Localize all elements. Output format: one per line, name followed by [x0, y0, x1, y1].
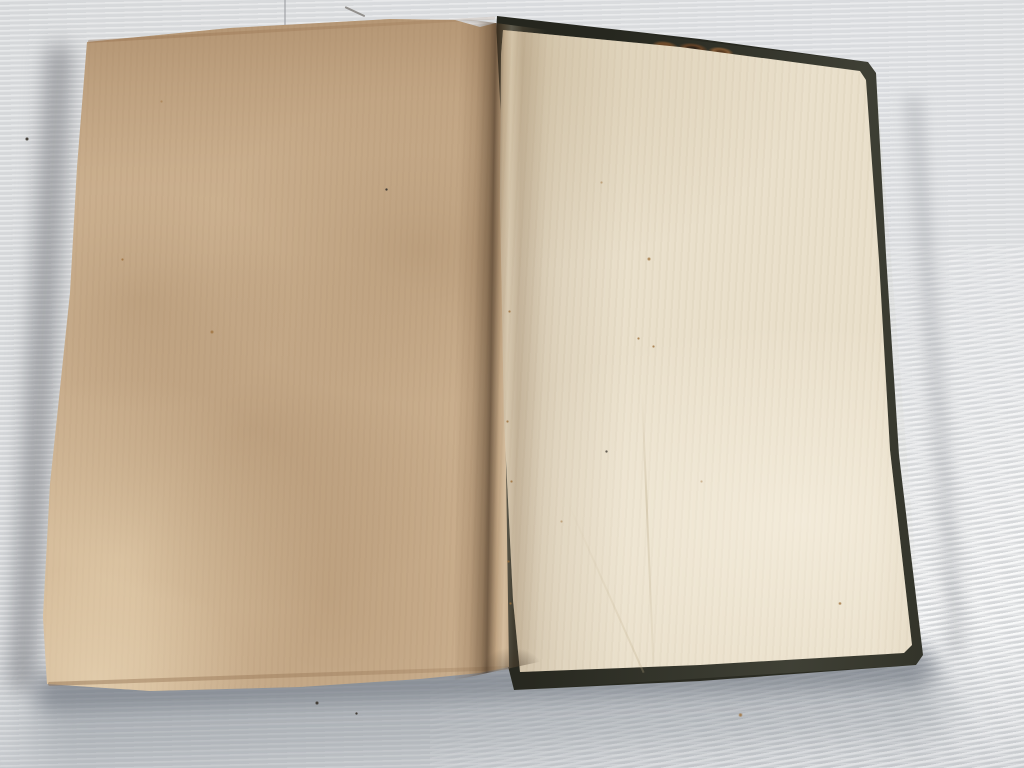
foxing-spot [637, 337, 640, 340]
dust-speck [355, 712, 358, 715]
foxing-spot [652, 345, 655, 348]
page-speck [385, 188, 388, 191]
foxing-spot [560, 520, 563, 523]
foxing-spot [121, 258, 124, 261]
foxing-spot [838, 602, 842, 605]
gutter-foxing [509, 602, 512, 605]
dust-speck [315, 701, 319, 705]
foxing-spot [600, 181, 603, 184]
page-speck [605, 450, 608, 453]
gutter-foxing [510, 480, 513, 483]
gutter-foxing [506, 420, 509, 423]
foxing-spot [210, 330, 214, 334]
dust-speck [25, 137, 29, 141]
debris-crumb [738, 713, 743, 717]
gutter-foxing [508, 310, 511, 313]
open-book-photo: Photograph of an open vintage hardcover … [0, 0, 1024, 768]
foxing-spot [160, 100, 163, 103]
foxing-spot [700, 480, 703, 483]
gutter-foxing [507, 560, 510, 563]
foxing-spot [647, 257, 651, 261]
